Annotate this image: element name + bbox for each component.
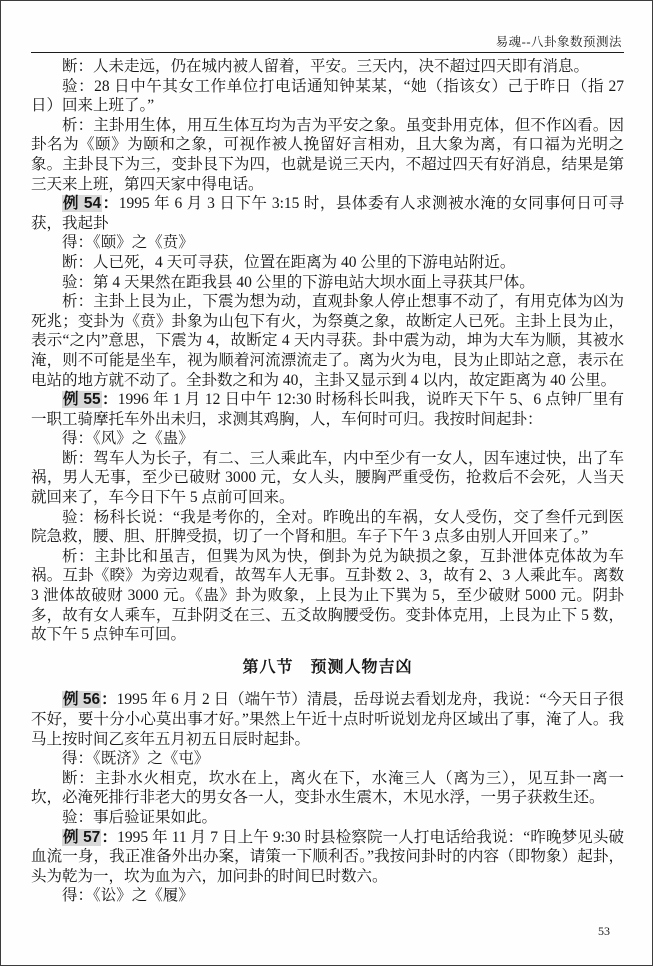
example-55-xi: 析：主卦比和虽吉，但巽为风为快，倒卦为兑为缺损之象，互卦泄体克体故为车祸。互卦《… [31, 547, 624, 645]
example-54-duan: 断：人已死，4 天可寻获，位置在距离为 40 公里的下游电站附近。 [31, 253, 624, 273]
example-55-result: 得：《风》之《蛊》 [31, 429, 624, 449]
example-55-label: 例 55 [62, 391, 102, 408]
example-57-intro: 例 57：1995 年 11 月 7 日上午 9:30 时县检察院一人打电话给我… [31, 828, 624, 887]
document-page: 易魂--八卦象数预测法 断：人未走远，仍在城内被人留着，平安。三天内，决不超过四… [0, 0, 653, 966]
lead-yan-paragraph: 验：28 日中午其女工作单位打电话通知钟某某，“她（指该女）己于昨日（指 27 … [31, 77, 624, 116]
example-56-yan: 验：事后验证果如此。 [31, 808, 624, 828]
example-55-intro: 例 55：1996 年 1 月 12 日中午 12:30 时杨科长叫我，说昨天下… [31, 390, 624, 429]
example-56-colon: ： [101, 691, 117, 708]
example-57-colon: ： [101, 829, 117, 846]
example-57-intro-text: 1995 年 11 月 7 日上午 9:30 时县检察院一人打电话给我说：“昨晚… [31, 829, 624, 885]
example-57-label: 例 57 [62, 829, 101, 846]
page-number: 53 [598, 924, 610, 939]
example-56-label: 例 56 [62, 691, 101, 708]
example-56-result: 得：《既济》之《屯》 [31, 749, 624, 769]
example-55-colon: ： [102, 391, 118, 408]
example-54-intro: 例 54：1995 年 6 月 3 日下午 3:15 时，县体委有人求测被水淹的… [31, 194, 624, 233]
example-55-yan: 验：杨科长说：“我是考你的，全对。昨晚出的车祸，女人受伤，交了叁仟元到医院急救，… [31, 508, 624, 547]
example-56-intro: 例 56：1995 年 6 月 2 日（端午节）清晨，岳母说去看划龙舟，我说：“… [31, 690, 624, 749]
lead-xi-paragraph: 析：主卦用生体，用互生体互均为吉为平安之象。虽变卦用克体，但不作凶看。因卦名为《… [31, 116, 624, 194]
example-54-intro-text: 1995 年 6 月 3 日下午 3:15 时，县体委有人求测被水淹的女同事何日… [31, 195, 624, 232]
page-body: 断：人未走远，仍在城内被人留着，平安。三天内，决不超过四天即有消息。 验：28 … [31, 57, 624, 906]
example-54-label: 例 54 [62, 195, 102, 212]
example-54-colon: ： [102, 195, 119, 212]
running-head-title: 易魂--八卦象数预测法 [496, 32, 622, 50]
lead-duan-paragraph: 断：人未走远，仍在城内被人留着，平安。三天内，决不超过四天即有消息。 [31, 57, 624, 77]
example-54-result: 得：《颐》之《贲》 [31, 233, 624, 253]
example-57-result: 得：《讼》之《履》 [31, 886, 624, 906]
example-55-duan: 断：驾车人为长子，有二、三人乘此车，内中至少有一女人，因车速过快，出了车祸，男人… [31, 449, 624, 508]
example-56-duan: 断：主卦水火相克，坎水在上，离火在下，水淹三人（离为三），见互卦一离一坎，必淹死… [31, 769, 624, 808]
header-rule [31, 52, 624, 53]
example-55-intro-text: 1996 年 1 月 12 日中午 12:30 时杨科长叫我，说昨天下午 5、6… [31, 391, 624, 428]
section-heading: 第八节 预测人物吉凶 [31, 658, 624, 678]
example-56-intro-text: 1995 年 6 月 2 日（端午节）清晨，岳母说去看划龙舟，我说：“今天日子很… [31, 691, 624, 747]
example-54-xi: 析：主卦上艮为止，下震为想为动，直观卦象人停止想事不动了，有用克体为凶为死兆；变… [31, 292, 624, 390]
example-54-yan: 验：第 4 天果然在距我县 40 公里的下游电站大坝水面上寻获其尸体。 [31, 273, 624, 293]
